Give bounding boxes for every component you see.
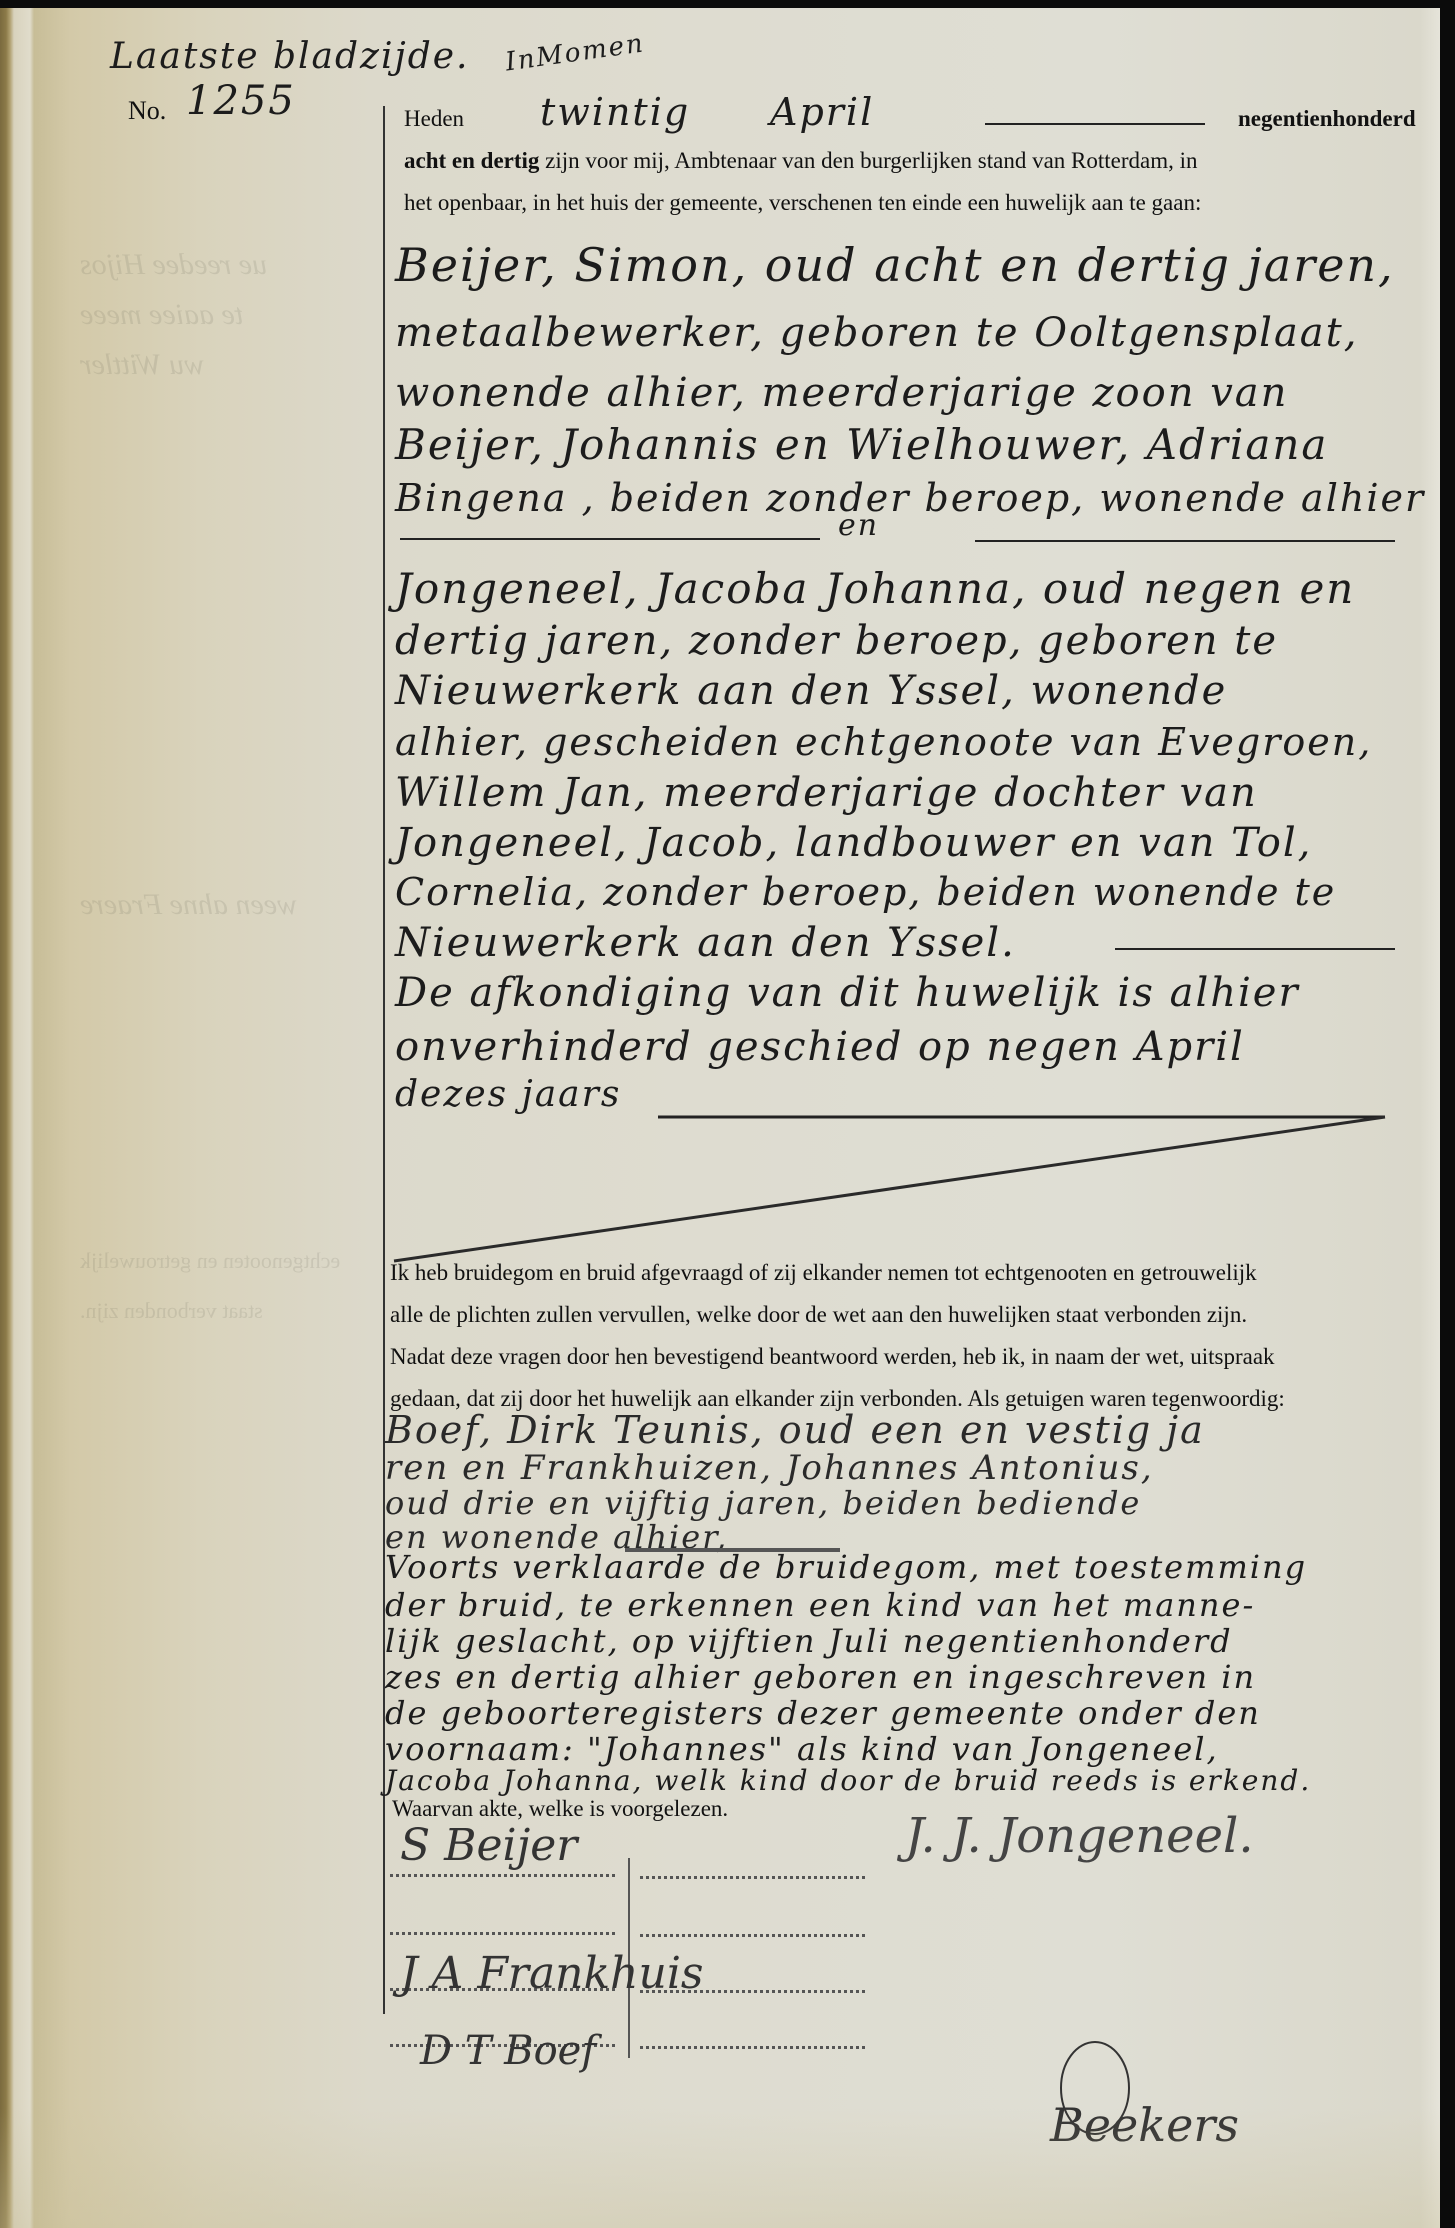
acknowledgement-line: der bruid, te erkennen een kind van het … [385, 1586, 1255, 1624]
groom-line: Bingena , beiden zonder beroep, wonende … [395, 476, 1425, 520]
witness-line: Boef, Dirk Teunis, oud een en vestig ja [385, 1408, 1205, 1452]
year-start: negentienhonderd [1238, 106, 1416, 132]
separator-rule-right [975, 540, 1395, 542]
heden-label: Heden [404, 106, 464, 132]
bride-line: Jongeneel, Jacob, landbouwer en van Tol, [395, 820, 1312, 866]
fill-line [1115, 948, 1395, 950]
announcement-line: De afkondiging van dit huwelijk is alhie… [395, 970, 1300, 1016]
number-label: No. [128, 96, 166, 126]
margin-initials: InMomen [504, 28, 647, 77]
bleed-through-text: te aaiee meee [80, 298, 243, 332]
bleed-through-text: ween ahne Fraere [80, 888, 297, 922]
signature-line [640, 1876, 865, 1879]
announcement-line: onverhinderd geschied op negen April [395, 1024, 1245, 1070]
preamble-line-1-text: zijn voor mij, Ambtenaar van den burgerl… [545, 148, 1197, 173]
groom-line: Beijer, Simon, oud acht en dertig jaren, [395, 238, 1395, 292]
preamble-line-1: acht en dertig zijn voor mij, Ambtenaar … [404, 148, 1198, 174]
bride-line: dertig jaren, zonder beroep, geboren te [395, 618, 1278, 664]
separator-en: en [838, 508, 879, 543]
acknowledgement-line: Voorts verklaarde de bruidegom, met toes… [385, 1548, 1307, 1586]
bleed-through-text: wu Wittler [80, 348, 204, 382]
announcement-line: dezes jaars [395, 1074, 621, 1115]
closing-line: Waarvan akte, welke is voorgelezen. [392, 1796, 728, 1822]
declaration-line: Ik heb bruidegom en bruid afgevraagd of … [390, 1260, 1257, 1286]
acknowledgement-line: lijk geslacht, op vijftien Juli negentie… [385, 1622, 1233, 1660]
signature-bride: J. J. Jongeneel. [905, 1808, 1254, 1864]
signature-groom: S Beijer [400, 1820, 577, 1871]
margin-note: Laatste bladzijde. [110, 36, 470, 77]
witness-line: ren en Frankhuizen, Johannes Antonius, [385, 1448, 1154, 1488]
signature-witness-2: D T Boef [420, 2028, 596, 2074]
signature-witness-1: J A Frankhuis [400, 1948, 704, 1999]
signature-line [640, 1934, 865, 1937]
bride-line: Willem Jan, meerderjarige dochter van [395, 770, 1258, 816]
bleed-through-text: echtgenooten en getrouwelijk [80, 1248, 340, 1274]
signature-line [640, 2046, 865, 2049]
bride-line: alhier, gescheiden echtgenoote van Evegr… [395, 720, 1372, 764]
preamble-line-2: het openbaar, in het huis der gemeente, … [404, 190, 1201, 216]
acknowledgement-line: voornaam: "Johannes" als kind van Jongen… [385, 1730, 1219, 1768]
signature-line [390, 1932, 615, 1935]
declaration-line: Nadat deze vragen door hen bevestigend b… [390, 1344, 1275, 1370]
witness-line: oud drie en vijftig jaren, beiden bedien… [385, 1484, 1141, 1522]
official-signature-flourish [1050, 2038, 1140, 2158]
groom-line: Beijer, Johannis en Wielhouwer, Adriana [395, 420, 1328, 469]
acknowledgement-line: de geboorteregisters dezer gemeente onde… [385, 1694, 1261, 1732]
fill-line [985, 123, 1205, 125]
record-number: 1255 [186, 78, 296, 124]
acknowledgement-line: Jacoba Johanna, welk kind door de bruid … [385, 1764, 1311, 1797]
day-value: twintig [540, 90, 690, 134]
acknowledgement-line: zes en dertig alhier geboren en ingeschr… [385, 1658, 1256, 1696]
signature-line [390, 1874, 615, 1877]
bride-line: Nieuwerkerk aan den Yssel. [395, 920, 1016, 966]
register-page: ue reedee Hijos te aaiee meee wu Wittler… [0, 8, 1440, 2228]
month-value: April [770, 90, 874, 134]
groom-line: metaalbewerker, geboren te Ooltgensplaat… [395, 310, 1358, 356]
bleed-through-text: ue reedee Hijos [80, 248, 267, 282]
bride-line: Jongeneel, Jacoba Johanna, oud negen en [395, 564, 1355, 613]
groom-line: wonende alhier, meerderjarige zoon van [395, 370, 1288, 416]
bride-line: Nieuwerkerk aan den Yssel, wonende [395, 668, 1227, 714]
year-end: acht en dertig [404, 148, 539, 173]
separator-rule-left [400, 538, 820, 540]
cancellation-stroke [380, 1113, 1400, 1273]
bride-line: Cornelia, zonder beroep, beiden wonende … [395, 870, 1336, 914]
declaration-line: alle de plichten zullen vervullen, welke… [390, 1302, 1247, 1328]
bleed-through-text: staat verbonden zijn. [80, 1298, 263, 1324]
